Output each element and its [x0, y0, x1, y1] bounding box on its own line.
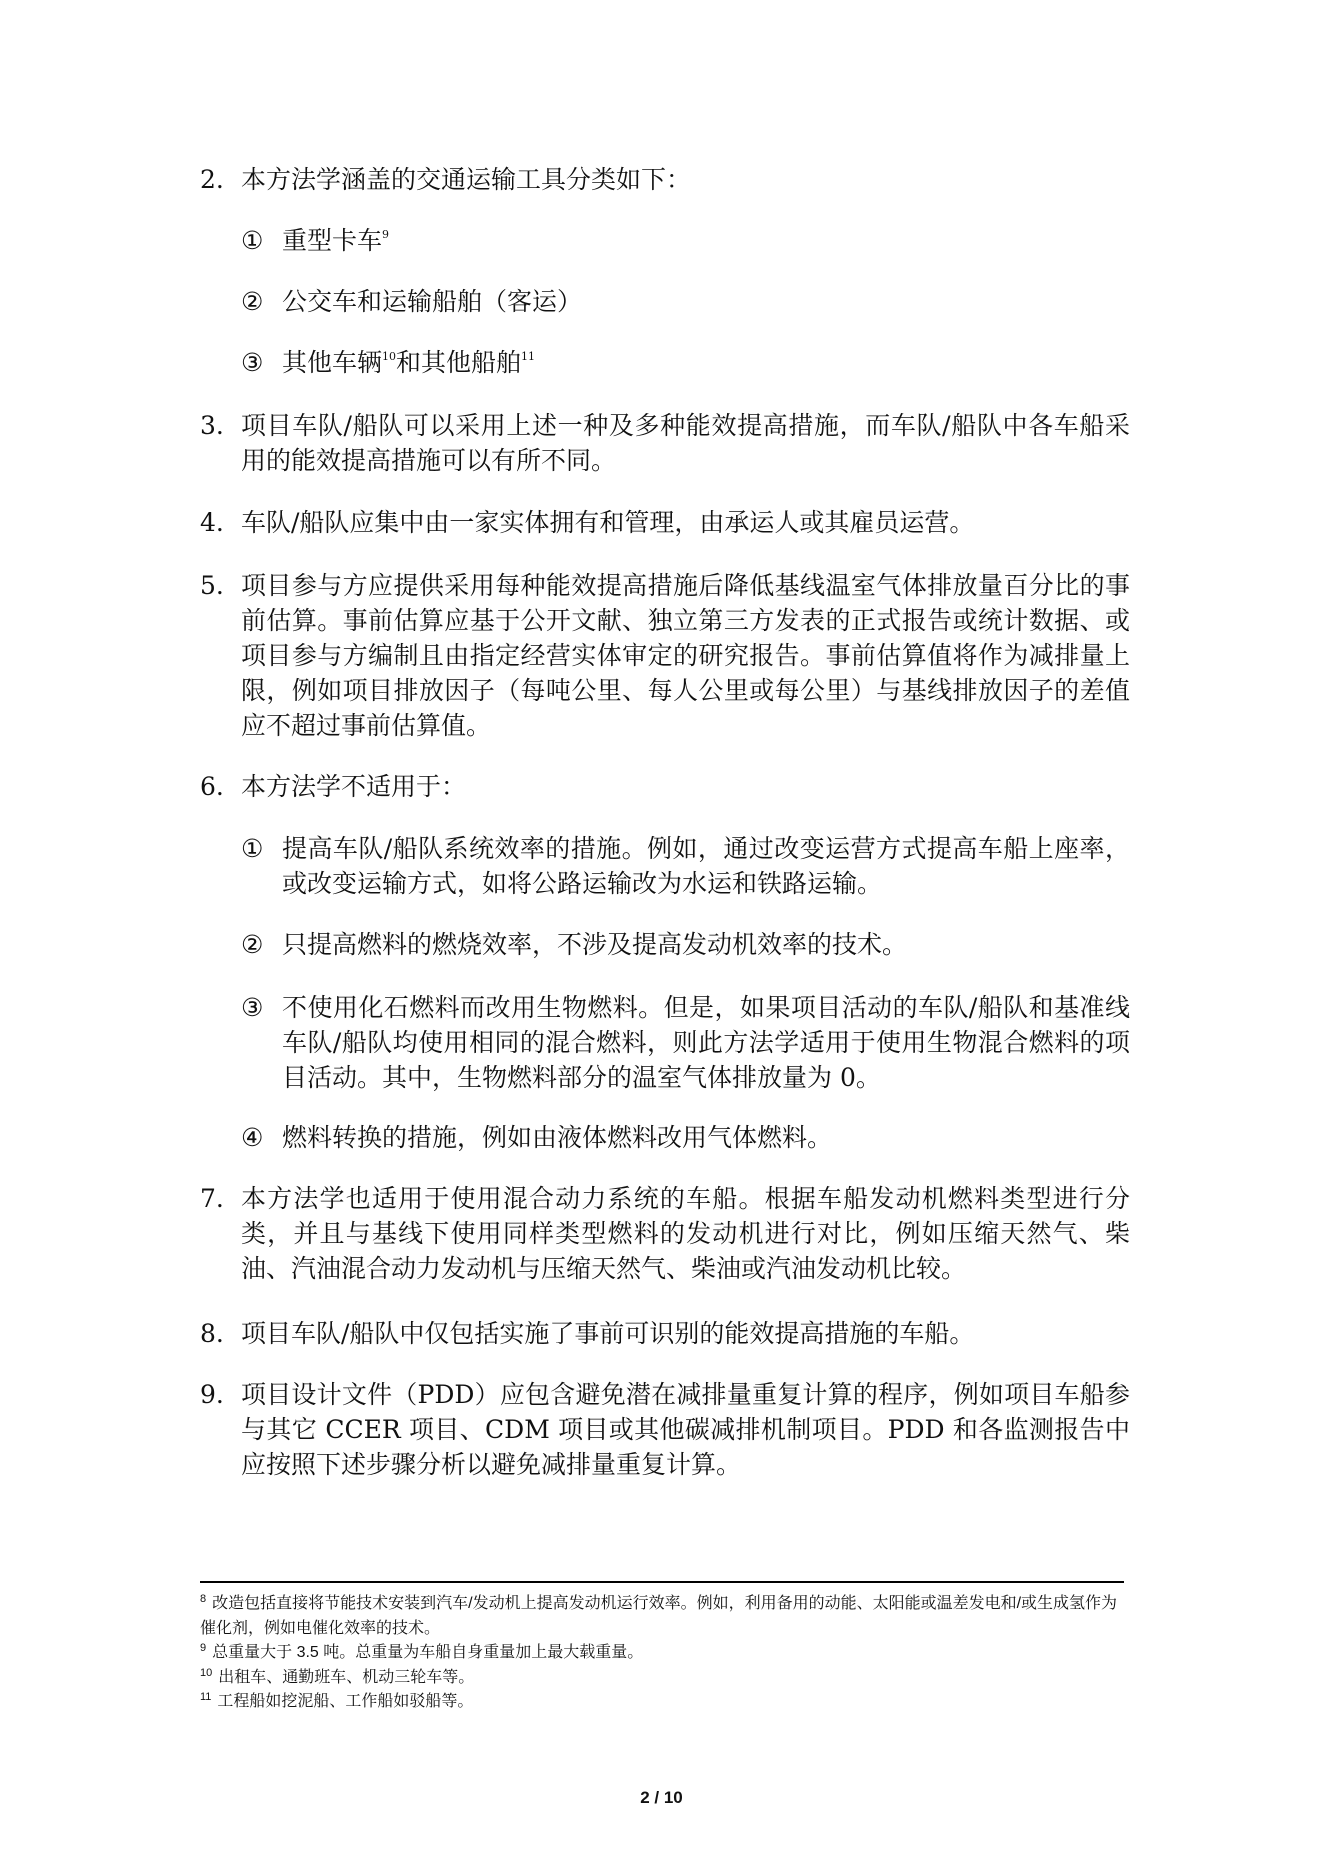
footnote-11: 11工程船如挖泥船、工作船如驳船等。 [200, 1690, 1124, 1715]
circled-number: ② [241, 284, 281, 319]
footnote-number: 8 [200, 1593, 206, 1605]
list-item-2: 2. 本方法学涵盖的交通运输工具分类如下： [200, 162, 1130, 197]
footnote-ref[interactable]: 10 [382, 350, 396, 363]
footnote-number: 10 [200, 1667, 212, 1679]
circled-number: ① [241, 223, 281, 258]
footnote-text: 总重量大于 3.5 吨。总重量为车船自身重量加上最大载重量。 [212, 1644, 643, 1661]
exclusion-4: ④ 燃料转换的措施，例如由液体燃料改用气体燃料。 [241, 1120, 1130, 1155]
vehicle-type-1: ① 重型卡车9 [241, 223, 1130, 258]
list-item-6: 6. 本方法学不适用于： [200, 769, 1130, 804]
item-number: 2. [200, 162, 240, 197]
item-text: 本方法学涵盖的交通运输工具分类如下： [241, 162, 1130, 197]
exclusion-text: 燃料转换的措施，例如由液体燃料改用气体燃料。 [282, 1120, 1130, 1155]
circled-number: ④ [241, 1120, 281, 1155]
exclusion-2: ② 只提高燃料的燃烧效率，不涉及提高发动机效率的技术。 [241, 927, 1130, 962]
item-number: 6. [200, 769, 240, 804]
footnote-text: 工程船如挖泥船、工作船如驳船等。 [217, 1693, 473, 1710]
list-item-7: 7. 本方法学也适用于使用混合动力系统的车船。根据车船发动机燃料类型进行分类，并… [200, 1181, 1130, 1286]
list-item-9: 9. 项目设计文件（PDD）应包含避免潜在减排量重复计算的程序，例如项目车船参与… [200, 1377, 1130, 1482]
exclusion-3: ③ 不使用化石燃料而改用生物燃料。但是，如果项目活动的车队/船队和基准线车队/船… [241, 990, 1130, 1095]
footnote-9: 9总重量大于 3.5 吨。总重量为车船自身重量加上最大载重量。 [200, 1641, 1124, 1666]
footnote-8: 8改造包括直接将节能技术安装到汽车/发动机上提高发动机运行效率。例如，利用备用的… [200, 1592, 1124, 1641]
list-item-4: 4. 车队/船队应集中由一家实体拥有和管理，由承运人或其雇员运营。 [200, 505, 1130, 540]
item-number: 5. [200, 568, 240, 603]
circled-number: ① [241, 831, 281, 866]
vehicle-type-text: 其他车辆 [282, 348, 382, 377]
footnote-number: 11 [200, 1691, 211, 1703]
circled-number: ③ [241, 345, 281, 380]
exclusion-text: 只提高燃料的燃烧效率，不涉及提高发动机效率的技术。 [282, 927, 1130, 962]
footnote-text: 改造包括直接将节能技术安装到汽车/发动机上提高发动机运行效率。例如，利用备用的动… [200, 1595, 1117, 1637]
footnote-ref[interactable]: 9 [382, 228, 389, 241]
list-item-8: 8. 项目车队/船队中仅包括实施了事前可识别的能效提高措施的车船。 [200, 1316, 1130, 1351]
footnote-number: 9 [200, 1642, 206, 1654]
list-item-5: 5. 项目参与方应提供采用每种能效提高措施后降低基线温室气体排放量百分比的事前估… [200, 568, 1130, 743]
exclusion-1: ① 提高车队/船队系统效率的措施。例如，通过改变运营方式提高车船上座率，或改变运… [241, 831, 1130, 901]
item-number: 7. [200, 1181, 240, 1216]
item-number: 4. [200, 505, 240, 540]
item-number: 8. [200, 1316, 240, 1351]
item-text: 车队/船队应集中由一家实体拥有和管理，由承运人或其雇员运营。 [241, 505, 1130, 540]
item-text: 本方法学不适用于： [241, 769, 1130, 804]
circled-number: ② [241, 927, 281, 962]
footnote-text: 出租车、通勤班车、机动三轮车等。 [218, 1669, 474, 1686]
item-text: 项目车队/船队中仅包括实施了事前可识别的能效提高措施的车船。 [241, 1316, 1130, 1351]
vehicle-type-text: 重型卡车 [282, 226, 382, 255]
vehicle-type-text: 和其他船舶 [396, 348, 521, 377]
list-item-3: 3. 项目车队/船队可以采用上述一种及多种能效提高措施，而车队/船队中各车船采用… [200, 408, 1130, 478]
item-text: 本方法学也适用于使用混合动力系统的车船。根据车船发动机燃料类型进行分类，并且与基… [241, 1181, 1130, 1286]
vehicle-type-3: ③ 其他车辆10和其他船舶11 [241, 345, 1130, 380]
footnote-10: 10出租车、通勤班车、机动三轮车等。 [200, 1666, 1124, 1691]
circled-number: ③ [241, 990, 281, 1025]
vehicle-type-2: ② 公交车和运输船舶（客运） [241, 284, 1130, 319]
footnote-separator [200, 1581, 1124, 1583]
item-text: 项目设计文件（PDD）应包含避免潜在减排量重复计算的程序，例如项目车船参与其它 … [241, 1377, 1130, 1482]
exclusion-text: 不使用化石燃料而改用生物燃料。但是，如果项目活动的车队/船队和基准线车队/船队均… [282, 990, 1130, 1095]
footnotes: 8改造包括直接将节能技术安装到汽车/发动机上提高发动机运行效率。例如，利用备用的… [200, 1592, 1124, 1715]
item-text: 项目参与方应提供采用每种能效提高措施后降低基线温室气体排放量百分比的事前估算。事… [241, 568, 1130, 743]
vehicle-type-text: 公交车和运输船舶（客运） [282, 284, 1130, 319]
footnote-ref[interactable]: 11 [521, 350, 535, 363]
item-number: 9. [200, 1377, 240, 1412]
item-text: 项目车队/船队可以采用上述一种及多种能效提高措施，而车队/船队中各车船采用的能效… [241, 408, 1130, 478]
page-number: 2 / 10 [0, 1788, 1323, 1808]
item-number: 3. [200, 408, 240, 443]
exclusion-text: 提高车队/船队系统效率的措施。例如，通过改变运营方式提高车船上座率，或改变运输方… [282, 831, 1130, 901]
